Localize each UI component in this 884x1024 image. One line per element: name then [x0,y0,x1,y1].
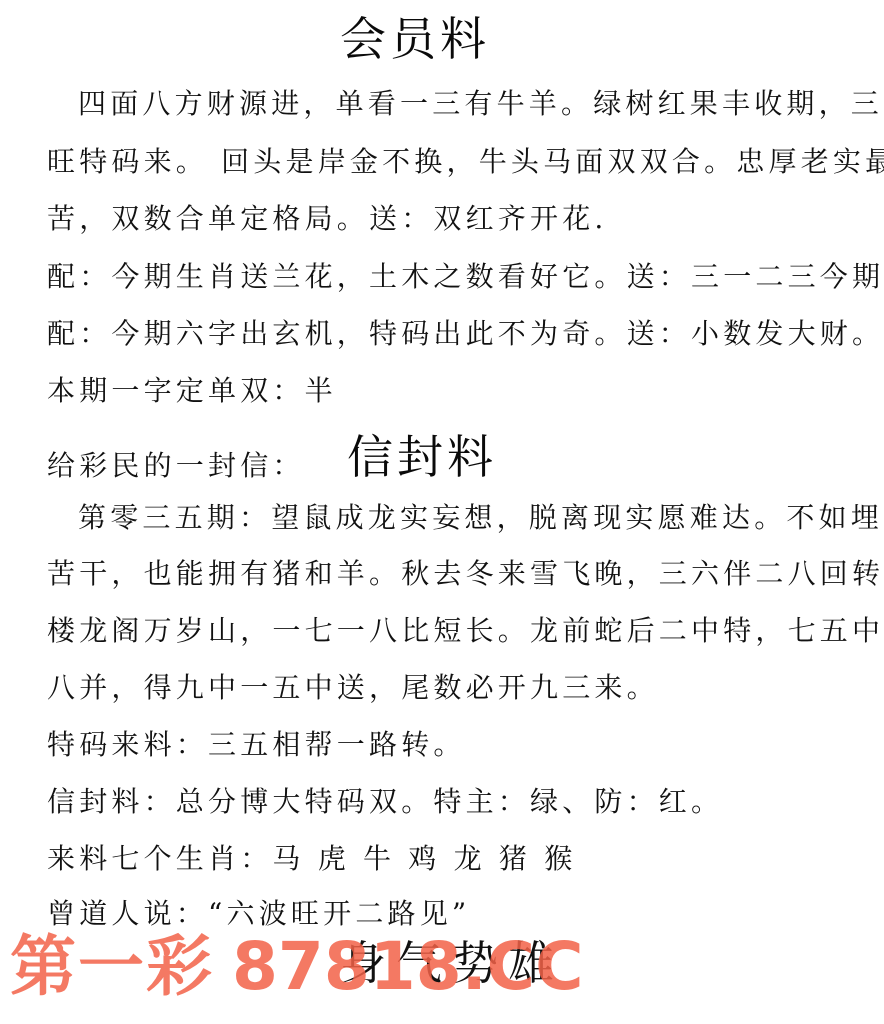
taoist-saying-line: 曾道人说：“六波旺开二路见” [47,900,470,928]
special-source-line: 特码来料：三五相帮一路转。 [47,731,466,759]
envelope-paragraph-line-3: 楼龙阁万岁山，一七一八比短长。龙前蛇后二中特，七五中特三 [47,617,884,645]
envelope-paragraph-line-1: 第零三五期：望鼠成龙实妄想，脱离现实愿难达。不如埋头与 [78,504,884,532]
title-members-material: 会员料 [340,16,490,62]
members-paragraph-line-2: 旺特码来。 回头是岸金不换，牛头马面双双合。忠厚老实最吃 [47,148,884,176]
pair-line-2: 配：今期六字出玄机，特码出此不为奇。送：小数发大财。 [47,320,884,348]
title-envelope-material: 信封料 [347,434,497,480]
watermark-brand: 第一彩 [10,928,214,1005]
envelope-paragraph-line-2: 苦干，也能拥有猪和羊。秋去冬来雪飞晚，三六伴二八回转。风 [47,560,884,588]
watermark: 第一彩87818.CC [10,934,584,1000]
odd-even-line: 本期一字定单双：半 [47,377,337,405]
watermark-url: 87818.CC [232,928,584,1005]
members-paragraph-line-3: 苦，双数合单定格局。送：双红齐开花. [47,205,608,233]
members-paragraph-line-1: 四面八方财源进，单看一三有牛羊。绿树红果丰收期，三门兴 [78,90,884,118]
pair-line-1: 配：今期生肖送兰花，土木之数看好它。送：三一二三今期爆。 [47,263,884,291]
seven-zodiacs-line: 来料七个生肖：马 虎 牛 鸡 龙 猪 猴 [47,845,576,873]
envelope-paragraph-line-4: 八并，得九中一五中送，尾数必开九三来。 [47,674,659,702]
document-page: 会员料 四面八方财源进，单看一三有牛羊。绿树红果丰收期，三门兴 旺特码来。 回头… [0,0,884,1024]
envelope-summary-line: 信封料：总分博大特码双。特主：绿、防：红。 [47,788,723,816]
letter-lead: 给彩民的一封信： [47,452,305,480]
